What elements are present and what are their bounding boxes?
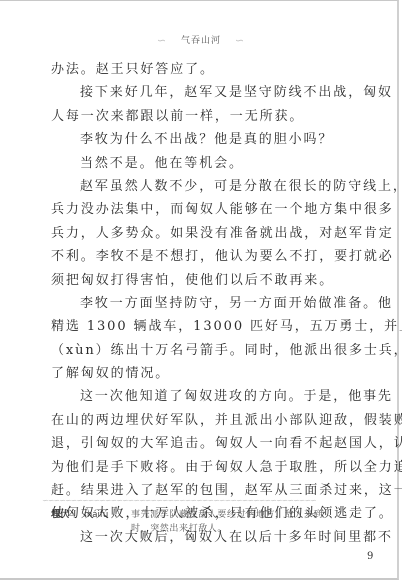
text-line: 不利。李牧不是不想打，他认为要么不打，要打就必 [51,245,321,268]
page-number: 9 [367,551,373,562]
text-line: 为他们是手下败将。由于匈奴人急于取胜，所以全力追 [51,456,321,479]
text-line: 赵军虽然人数不少，可是分散在很长的防守线上， [51,175,321,198]
book-page: ∽ 气吞山河 ∽ 办法。赵王只好答应了。接下来好几年，赵军又是坚守防线不出战，匈… [0,0,399,580]
text-line: 人每一次来都跟以前一样，一无所获。 [51,105,321,128]
text-line: 办法。赵王只好答应了。 [51,58,321,81]
glossary-pinyin: máifú [84,508,108,522]
text-line: 兵力，人多势众。如果没有准备就出战，对赵军肯定 [51,222,321,245]
ornament-right-icon: ∽ [235,34,245,47]
text-line: 须把匈奴打得害怕，使他们以后不敢再来。 [51,269,321,292]
text-line: （xùn）练出十万名弓箭手。同时，他派出很多士兵，去 [51,339,321,362]
text-line: 接下来好几年，赵军又是坚守防线不出战，匈奴 [51,81,321,104]
chapter-title: 气吞山河 [181,36,221,46]
footnote-divider: ∽∽∽∽∽∽∽∽∽∽∽∽∽∽∽∽∽∽∽∽∽∽∽∽∽∽∽∽∽∽∽∽∽∽∽∽∽∽∽∽… [42,497,338,505]
text-line: 退，引匈奴的大军追击。匈奴人一向看不起赵国人，认 [51,432,321,455]
running-header: ∽ 气吞山河 ∽ [0,33,402,47]
text-line: 精选 1300 辆战车，13000 匹好马，五万勇士，并且训 [51,315,321,338]
text-line: 这一次他知道了匈奴进攻的方向。于是，他事先 [51,385,321,408]
body-text: 办法。赵王只好答应了。接下来好几年，赵军又是坚守防线不出战，匈奴人每一次来都跟以… [51,58,321,549]
ornament-left-icon: ∽ [157,34,167,47]
text-line: 李牧一方面坚持防守，另一方面开始做准备。他 [51,292,321,315]
glossary-term: 埋伏 [51,508,69,522]
text-line: 在山的两边埋伏好军队，并且派出小部队迎敌，假装败 [51,409,321,432]
text-line: 兵力没办法集中，而匈奴人能够在一个地方集中很多 [51,198,321,221]
text-line: 李牧为什么不出战？他是真的胆小吗？ [51,128,321,151]
text-line: 当然不是。他在等机会。 [51,152,321,175]
text-line: 了解匈奴的情况。 [51,362,321,385]
glossary-definition: 事先派军队藏在敌人要经过的地方，敌人来到时，突然出来打敌人。 [131,508,341,536]
